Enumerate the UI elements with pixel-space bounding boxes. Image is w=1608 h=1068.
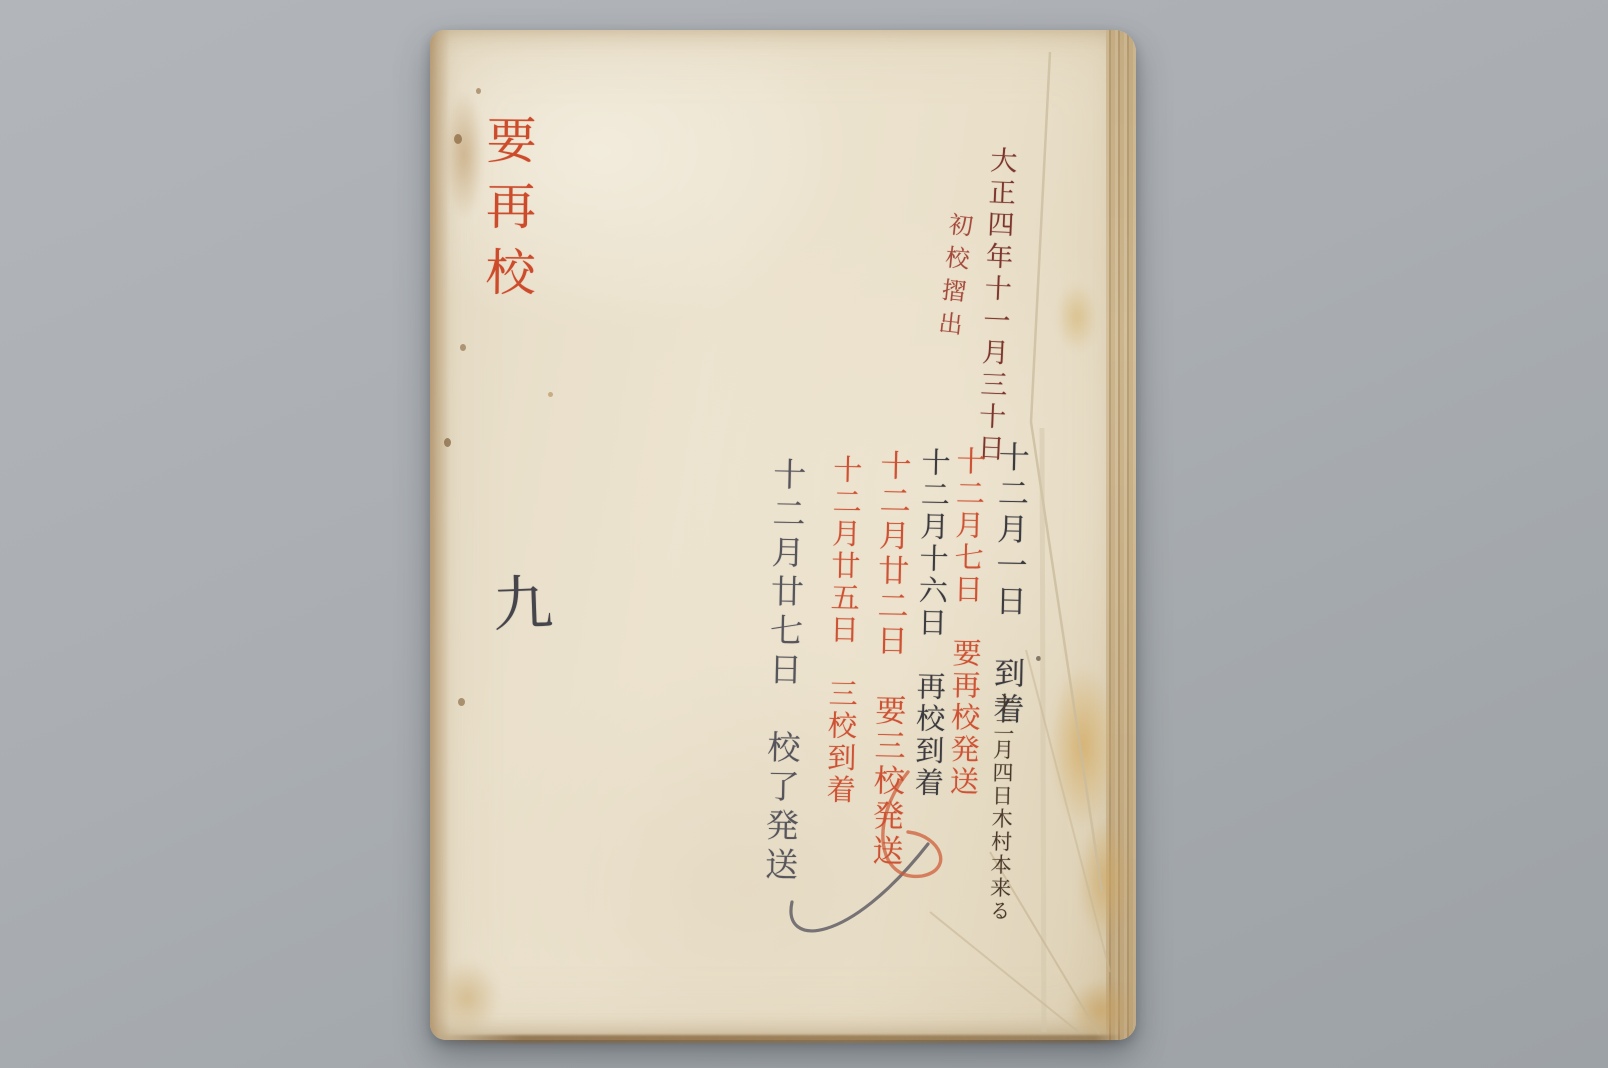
photo-background: 要再校 九 大正四年十一月三十日 初校摺出 十二月一日 到着 十二月七日 要再校… bbox=[0, 0, 1608, 1068]
proof-log-column-arrival-dec25: 十二月廿五日 三校到着 bbox=[824, 454, 860, 807]
proof-log-block: 十二月一日 到着 十二月七日 要再校発送 十二月十六日 再校到着 十二月廿二日 … bbox=[420, 23, 1147, 1048]
proof-log-column-sent-dec7: 十二月七日 要再校発送 bbox=[948, 446, 984, 799]
booklet-cover: 要再校 九 大正四年十一月三十日 初校摺出 十二月一日 到着 十二月七日 要再校… bbox=[430, 30, 1136, 1040]
proof-log-column-final-dec27: 十二月廿七日 校了発送 bbox=[763, 457, 805, 887]
proof-log-note-kimura: 十二月四日木村本来る bbox=[988, 692, 1014, 922]
proof-log-column-sent-dec22: 十二月廿二日 要三校発送 bbox=[868, 449, 908, 870]
proof-log-column-arrival-dec16: 十二月十六日 再校到着 bbox=[913, 447, 949, 800]
proof-log-column-arrival-dec1: 十二月一日 到着 bbox=[989, 440, 1026, 729]
bottom-edge-shadow bbox=[440, 1035, 1122, 1043]
